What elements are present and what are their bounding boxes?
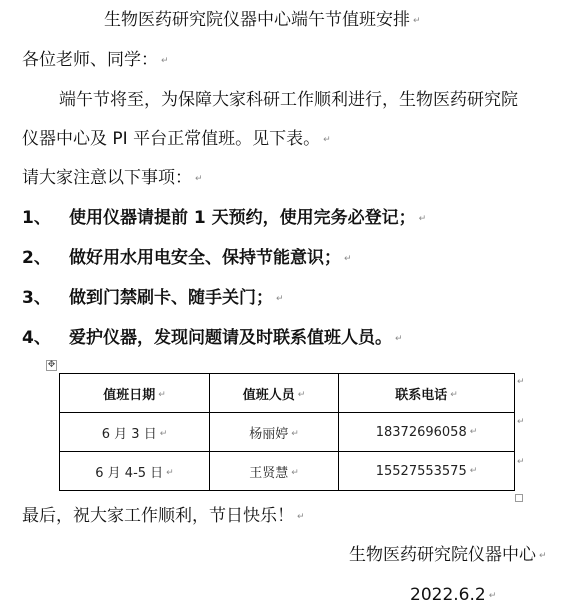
cell-phone[interactable]: 15527553575↵ <box>339 452 515 491</box>
intro-text-2: 仪器中心及 PI 平台正常值班。见下表。 <box>22 129 320 149</box>
document-title: 生物医药研究院仪器中心端午节值班安排↵ <box>104 9 421 32</box>
paragraph-mark-icon: ↵ <box>450 390 458 400</box>
greeting-text: 各位老师、同学： <box>22 50 158 70</box>
row-end-mark-icon: ↵ <box>517 417 525 427</box>
closing-line: 最后，祝大家工作顺利，节日快乐！↵ <box>22 505 305 528</box>
greeting: 各位老师、同学：↵ <box>22 49 169 72</box>
cell-date[interactable]: 6 月 3 日↵ <box>60 413 210 452</box>
table-row: 6 月 3 日↵ 杨丽婷↵ 18372696058↵ <box>60 413 515 452</box>
document-date: 2022.6.2↵ <box>410 584 496 607</box>
notice-heading-text: 请大家注意以下事项： <box>22 168 192 188</box>
paragraph-mark-icon: ↵ <box>344 254 352 264</box>
cell-staff-text: 杨丽婷 <box>249 427 288 442</box>
notice-heading: 请大家注意以下事项：↵ <box>22 167 203 190</box>
list-item-text: 做到门禁刷卡、随手关门； <box>69 288 273 308</box>
list-item-number: 2、 <box>22 247 69 269</box>
table-header-row: 值班日期↵ 值班人员↵ 联系电话↵ <box>60 374 515 413</box>
paragraph-mark-icon: ↵ <box>195 174 203 184</box>
list-item-number: 1、 <box>22 207 69 229</box>
paragraph-mark-icon: ↵ <box>413 16 421 26</box>
title-text: 生物医药研究院仪器中心端午节值班安排 <box>104 10 410 30</box>
paragraph-mark-icon: ↵ <box>395 334 403 344</box>
table-move-handle-icon[interactable]: ✥ <box>46 360 57 371</box>
paragraph-mark-icon: ↵ <box>276 294 284 304</box>
signature-text: 生物医药研究院仪器中心 <box>349 545 536 565</box>
header-staff[interactable]: 值班人员↵ <box>210 374 339 413</box>
cell-date-text: 6 月 4-5 日 <box>95 466 163 481</box>
cell-staff-text: 王贤慧 <box>249 466 288 481</box>
cell-staff[interactable]: 杨丽婷↵ <box>210 413 339 452</box>
paragraph-mark-icon: ↵ <box>470 466 478 476</box>
closing-text: 最后，祝大家工作顺利，节日快乐！ <box>22 506 294 526</box>
paragraph-mark-icon: ↵ <box>419 214 427 224</box>
paragraph-mark-icon: ↵ <box>470 427 478 437</box>
row-end-mark-icon: ↵ <box>517 457 525 467</box>
list-item-text: 做好用水用电安全、保持节能意识； <box>69 248 341 268</box>
paragraph-mark-icon: ↵ <box>160 429 168 439</box>
paragraph-mark-icon: ↵ <box>161 56 169 66</box>
paragraph-mark-icon: ↵ <box>539 551 547 561</box>
paragraph-mark-icon: ↵ <box>298 390 306 400</box>
cell-phone-text: 18372696058 <box>376 425 467 440</box>
header-phone-text: 联系电话 <box>395 388 447 403</box>
paragraph-mark-icon: ↵ <box>323 135 331 145</box>
paragraph-mark-icon: ↵ <box>158 390 166 400</box>
intro-paragraph-line-1: 端午节将至，为保障大家科研工作顺利进行，生物医药研究院 <box>59 89 518 111</box>
list-item-text: 使用仪器请提前 1 天预约，使用完务必登记； <box>69 208 416 228</box>
list-item-number: 4、 <box>22 327 69 349</box>
intro-paragraph-line-2: 仪器中心及 PI 平台正常值班。见下表。↵ <box>22 128 331 151</box>
paragraph-mark-icon: ↵ <box>297 512 305 522</box>
cell-date[interactable]: 6 月 4-5 日↵ <box>60 452 210 491</box>
paragraph-mark-icon: ↵ <box>291 468 299 478</box>
duty-schedule-table: 值班日期↵ 值班人员↵ 联系电话↵ 6 月 3 日↵ 杨丽婷↵ 18372696… <box>59 373 515 491</box>
cell-date-text: 6 月 3 日 <box>102 427 157 442</box>
list-item: 1、使用仪器请提前 1 天预约，使用完务必登记；↵ <box>22 207 426 230</box>
list-item: 2、做好用水用电安全、保持节能意识；↵ <box>22 247 352 270</box>
cell-phone-text: 15527553575 <box>376 464 467 479</box>
cell-phone[interactable]: 18372696058↵ <box>339 413 515 452</box>
paragraph-mark-icon: ↵ <box>291 429 299 439</box>
intro-text-1: 端午节将至，为保障大家科研工作顺利进行，生物医药研究院 <box>59 90 518 110</box>
list-item-number: 3、 <box>22 287 69 309</box>
table-row: 6 月 4-5 日↵ 王贤慧↵ 15527553575↵ <box>60 452 515 491</box>
header-staff-text: 值班人员 <box>243 388 295 403</box>
table-resize-handle-icon[interactable] <box>515 494 523 502</box>
signature: 生物医药研究院仪器中心↵ <box>349 544 547 567</box>
header-date-text: 值班日期 <box>103 388 155 403</box>
paragraph-mark-icon: ↵ <box>489 591 497 601</box>
paragraph-mark-icon: ↵ <box>166 468 174 478</box>
cell-staff[interactable]: 王贤慧↵ <box>210 452 339 491</box>
list-item: 4、爱护仪器，发现问题请及时联系值班人员。↵ <box>22 327 403 350</box>
header-date[interactable]: 值班日期↵ <box>60 374 210 413</box>
list-item-text: 爱护仪器，发现问题请及时联系值班人员。 <box>69 328 392 348</box>
header-phone[interactable]: 联系电话↵ <box>339 374 515 413</box>
date-text: 2022.6.2 <box>410 585 486 605</box>
list-item: 3、做到门禁刷卡、随手关门；↵ <box>22 287 284 310</box>
row-end-mark-icon: ↵ <box>517 377 525 387</box>
